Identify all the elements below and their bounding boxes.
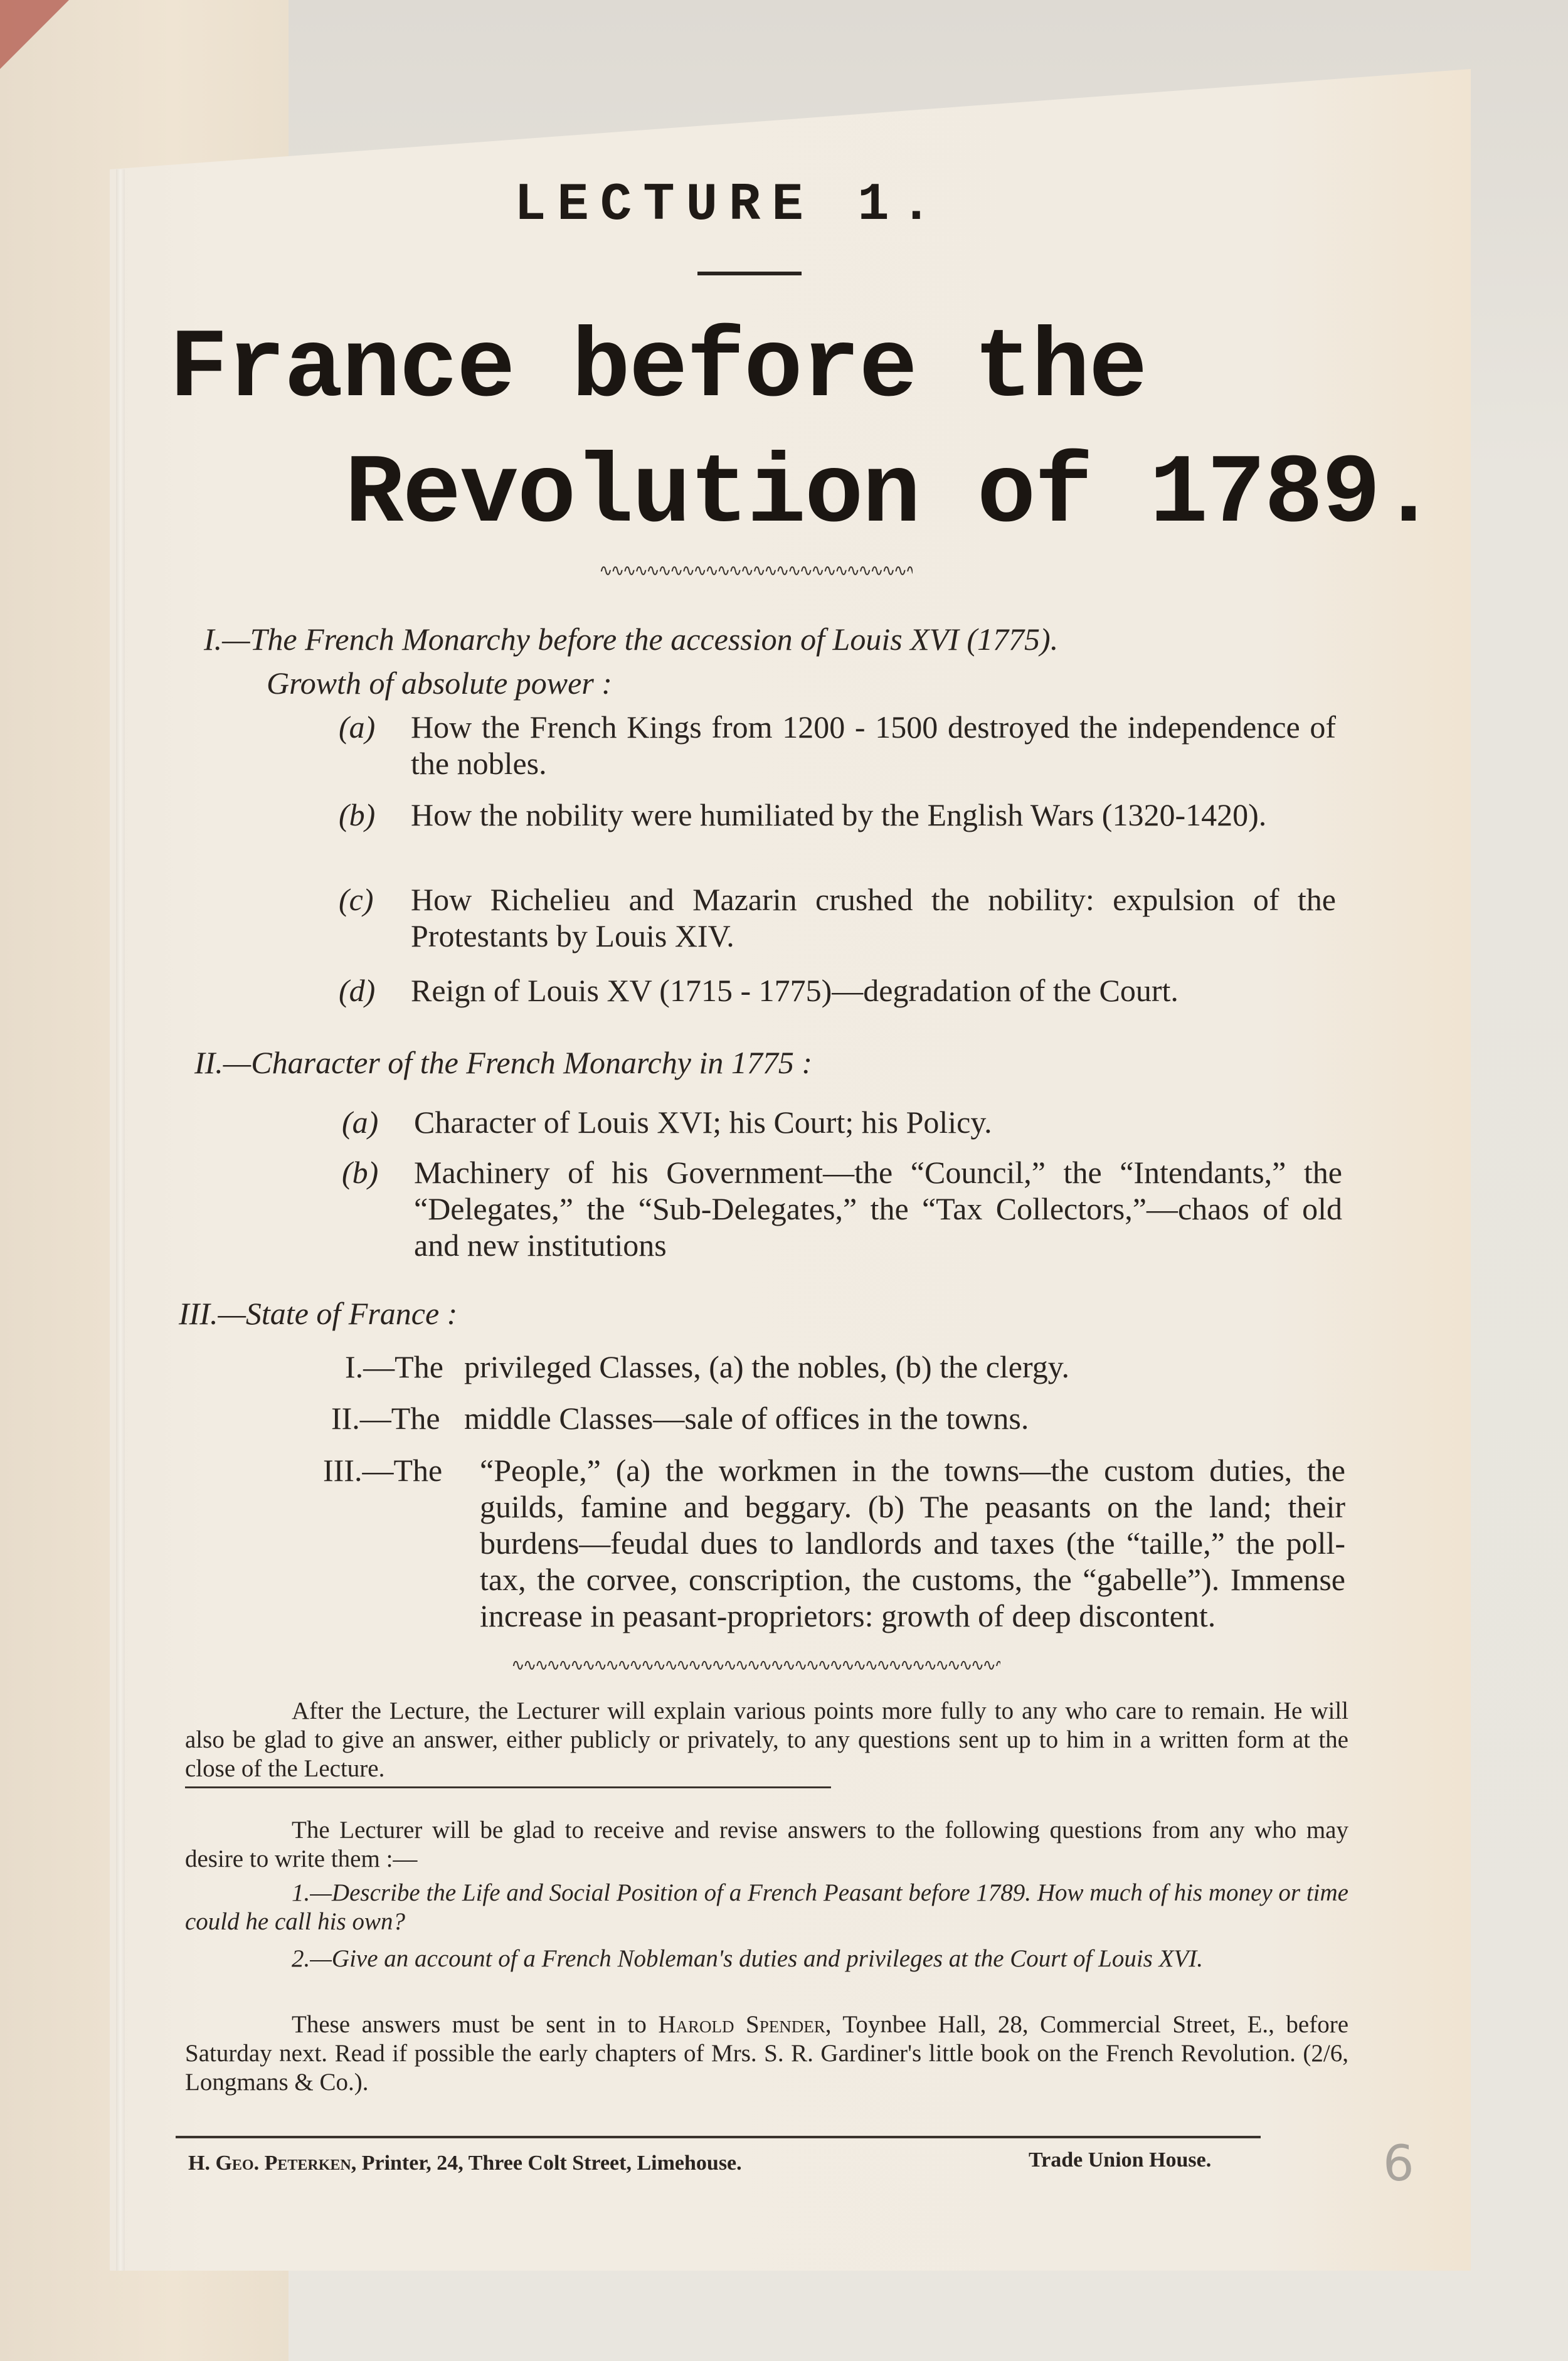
item-text: middle Classes—sale of offices in the to… xyxy=(464,1400,1335,1436)
section-3-heading: III.—State of France : xyxy=(179,1295,457,1332)
notice-underline xyxy=(185,1786,831,1788)
pencil-page-number: 6 xyxy=(1383,2136,1414,2192)
lecture-number-heading: LECTURE 1. xyxy=(514,176,1016,235)
section-2-heading: II.—Character of the French Monarchy in … xyxy=(194,1044,812,1081)
section-1-item-d: (d) Reign of Louis XV (1715 - 1775)—degr… xyxy=(339,972,1336,1009)
item-text: How the French Kings from 1200 - 1500 de… xyxy=(411,709,1336,782)
item-text: How Richelieu and Mazarin crushed the no… xyxy=(411,881,1336,954)
section-1-item-c: (c) How Richelieu and Mazarin crushed th… xyxy=(339,881,1336,954)
footer-rule xyxy=(176,2136,1261,2138)
send-prefix: These answers must be sent in to xyxy=(292,2011,647,2038)
item-text: privileged Classes, (a) the nobles, (b) … xyxy=(464,1349,1348,1385)
printer-address: , Printer, 24, Three Colt Street, Limeho… xyxy=(351,2151,742,2175)
item-label: (d) xyxy=(339,972,411,1009)
item-label: II.—The xyxy=(331,1400,464,1436)
section-2-item-b: (b) Machinery of his Government—the “Cou… xyxy=(342,1154,1342,1263)
submission-instructions: These answers must be sent in to Harold … xyxy=(185,2010,1348,2097)
item-label: (a) xyxy=(339,709,411,745)
section-1-item-a: (a) How the French Kings from 1200 - 150… xyxy=(339,709,1336,782)
lecturer-name: Harold Spender xyxy=(658,2011,825,2038)
wavy-divider-top: ∿∿∿∿∿∿∿∿∿∿∿∿∿∿∿∿∿∿∿∿∿∿∿∿∿∿∿∿∿∿∿∿∿∿∿∿∿∿∿∿… xyxy=(599,561,913,580)
heading-rule xyxy=(697,272,802,275)
section-1-subheading: Growth of absolute power : xyxy=(267,665,612,701)
item-label: I.—The xyxy=(345,1349,464,1385)
printer-name: H. Geo. Peterken xyxy=(188,2151,351,2175)
item-label: III.—The xyxy=(323,1452,480,1488)
item-text: How the nobility were humiliated by the … xyxy=(411,797,1336,833)
item-text: Character of Louis XVI; his Court; his P… xyxy=(414,1104,1339,1140)
section-3-item-3: III.—The “People,” (a) the workmen in th… xyxy=(323,1452,1345,1634)
section-1-heading: I.—The French Monarchy before the access… xyxy=(204,621,1058,657)
item-text: Machinery of his Government—the “Council… xyxy=(414,1154,1342,1263)
wavy-divider-middle: ∿∿∿∿∿∿∿∿∿∿∿∿∿∿∿∿∿∿∿∿∿∿∿∿∿∿∿∿∿∿∿∿∿∿∿∿∿∿∿∿… xyxy=(511,1656,1000,1675)
question-2: 2.—Give an account of a French Nobleman'… xyxy=(185,1945,1348,1973)
section-3-item-2: II.—The middle Classes—sale of offices i… xyxy=(331,1400,1335,1436)
red-corner-mark xyxy=(0,0,69,69)
question-1: 1.—Describe the Life and Social Position… xyxy=(185,1879,1348,1936)
section-1-item-b: (b) How the nobility were humiliated by … xyxy=(339,797,1336,833)
questions-intro: The Lecturer will be glad to receive and… xyxy=(185,1816,1348,1874)
printer-imprint: H. Geo. Peterken, Printer, 24, Three Col… xyxy=(188,2151,742,2175)
section-3-item-1: I.—The privileged Classes, (a) the noble… xyxy=(345,1349,1348,1385)
title-line-1: France before the xyxy=(169,314,1146,425)
page-fold-crease xyxy=(116,169,125,2271)
after-lecture-notice: After the Lecture, the Lecturer will exp… xyxy=(185,1697,1348,1783)
trade-union-mark: Trade Union House. xyxy=(1029,2148,1211,2172)
item-label: (b) xyxy=(342,1154,414,1191)
item-text: “People,” (a) the workmen in the towns—t… xyxy=(480,1452,1345,1634)
item-label: (a) xyxy=(342,1104,414,1140)
item-label: (b) xyxy=(339,797,411,833)
title-line-2: Revolution of 1789. xyxy=(345,439,1437,550)
section-2-item-a: (a) Character of Louis XVI; his Court; h… xyxy=(342,1104,1339,1140)
item-text: Reign of Louis XV (1715 - 1775)—degradat… xyxy=(411,972,1336,1009)
item-label: (c) xyxy=(339,881,411,918)
